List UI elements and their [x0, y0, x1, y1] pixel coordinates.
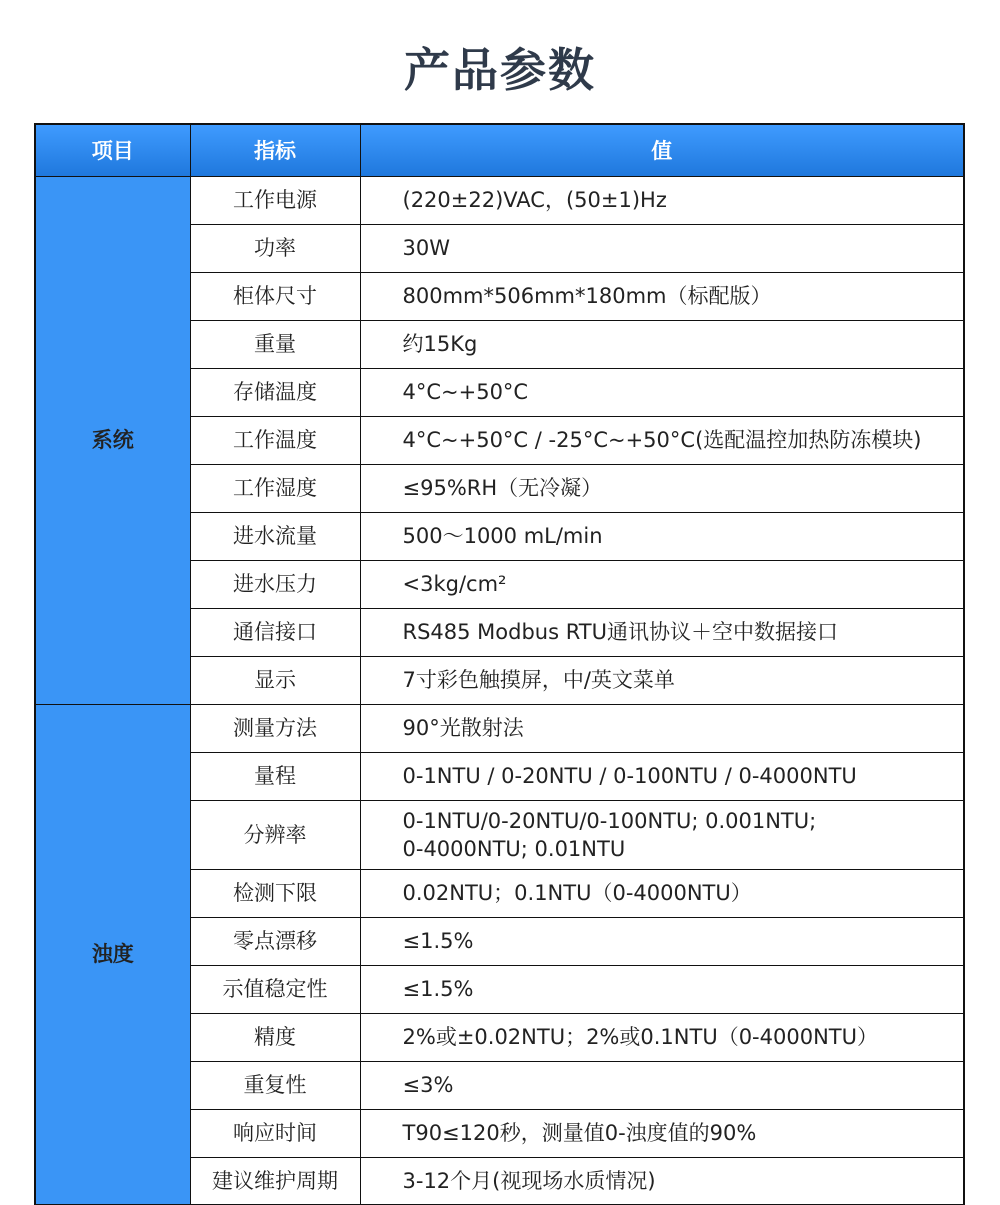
- param-value: 约15Kg: [360, 320, 964, 368]
- param-label: 显示: [190, 656, 360, 704]
- param-value: 7寸彩色触摸屏，中/英文菜单: [360, 656, 964, 704]
- param-label: 进水流量: [190, 512, 360, 560]
- param-value: 0-1NTU / 0-20NTU / 0-100NTU / 0-4000NTU: [360, 752, 964, 800]
- param-value: 4°C~+50°C: [360, 368, 964, 416]
- value-line: 0-4000NTU; 0.01NTU: [403, 835, 964, 863]
- param-value: (220±22)VAC，(50±1)Hz: [360, 176, 964, 224]
- param-value: T90≤120秒，测量值0-浊度值的90%: [360, 1109, 964, 1157]
- param-label: 柜体尺寸: [190, 272, 360, 320]
- param-value: 2%或±0.02NTU；2%或0.1NTU（0-4000NTU）: [360, 1013, 964, 1061]
- header-item: 项目: [35, 124, 190, 176]
- param-label: 工作湿度: [190, 464, 360, 512]
- param-value: 90°光散射法: [360, 704, 964, 752]
- param-label: 工作电源: [190, 176, 360, 224]
- param-value: 4°C~+50°C / -25°C~+50°C(选配温控加热防冻模块): [360, 416, 964, 464]
- param-value: <3kg/cm²: [360, 560, 964, 608]
- param-value: ≤1.5%: [360, 917, 964, 965]
- table-row: 浊度 测量方法 90°光散射法: [35, 704, 964, 752]
- param-value: ≤3%: [360, 1061, 964, 1109]
- param-label: 进水压力: [190, 560, 360, 608]
- param-label: 重量: [190, 320, 360, 368]
- param-value: 800mm*506mm*180mm（标配版）: [360, 272, 964, 320]
- param-value: 30W: [360, 224, 964, 272]
- param-label: 存储温度: [190, 368, 360, 416]
- param-label: 示值稳定性: [190, 965, 360, 1013]
- param-label: 重复性: [190, 1061, 360, 1109]
- param-label: 检测下限: [190, 869, 360, 917]
- param-value: 500～1000 mL/min: [360, 512, 964, 560]
- header-indicator: 指标: [190, 124, 360, 176]
- group-turbidity: 浊度: [35, 704, 190, 1205]
- header-value: 值: [360, 124, 964, 176]
- param-value: RS485 Modbus RTU通讯协议＋空中数据接口: [360, 608, 964, 656]
- param-label: 工作温度: [190, 416, 360, 464]
- table-header-row: 项目 指标 值: [35, 124, 964, 176]
- param-label: 量程: [190, 752, 360, 800]
- page-title: 产品参数: [0, 40, 1000, 100]
- param-label: 通信接口: [190, 608, 360, 656]
- group-system: 系统: [35, 176, 190, 704]
- param-label: 测量方法: [190, 704, 360, 752]
- table-row: 系统 工作电源 (220±22)VAC，(50±1)Hz: [35, 176, 964, 224]
- param-label: 零点漂移: [190, 917, 360, 965]
- param-label: 响应时间: [190, 1109, 360, 1157]
- param-value: 0.02NTU；0.1NTU（0-4000NTU）: [360, 869, 964, 917]
- param-label: 功率: [190, 224, 360, 272]
- value-line: 0-1NTU/0-20NTU/0-100NTU; 0.001NTU;: [403, 807, 964, 835]
- param-value: ≤1.5%: [360, 965, 964, 1013]
- param-value: ≤95%RH（无冷凝）: [360, 464, 964, 512]
- spec-table: 项目 指标 值 系统 工作电源 (220±22)VAC，(50±1)Hz 功率 …: [34, 123, 965, 1205]
- param-value: 3-12个月(视现场水质情况): [360, 1157, 964, 1205]
- param-label: 建议维护周期: [190, 1157, 360, 1205]
- param-label: 分辨率: [190, 800, 360, 869]
- param-value: 0-1NTU/0-20NTU/0-100NTU; 0.001NTU; 0-400…: [360, 800, 964, 869]
- param-label: 精度: [190, 1013, 360, 1061]
